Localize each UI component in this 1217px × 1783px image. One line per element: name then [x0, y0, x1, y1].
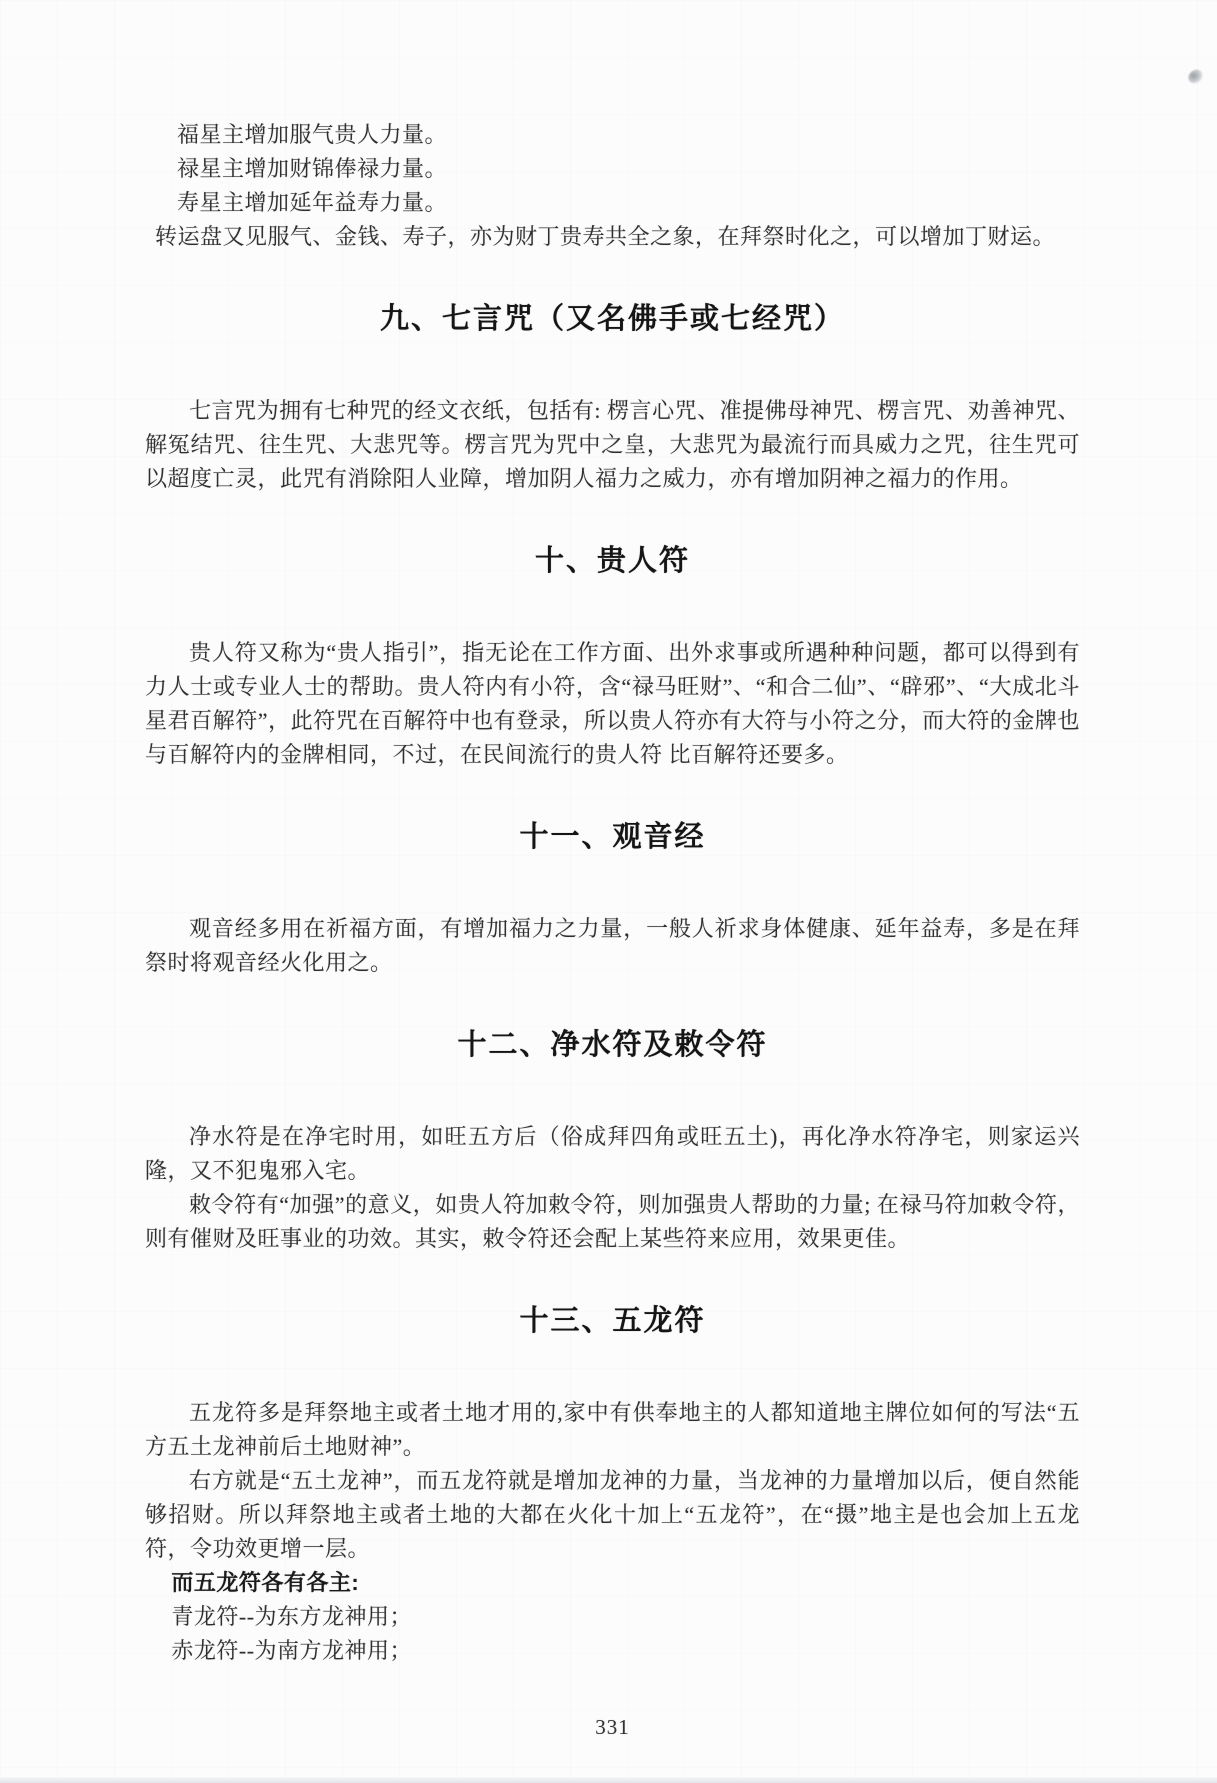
- section-nine-paragraph: 七言咒为拥有七种咒的经文衣纸，包括有: 楞言心咒、准提佛母神咒、楞言咒、劝善神咒…: [145, 394, 1080, 496]
- section-thirteen-paragraph-2: 右方就是“五土龙神”，而五龙符就是增加龙神的力量，当龙神的力量增加以后，便自然能…: [145, 1464, 1080, 1566]
- section-thirteen-paragraph-1: 五龙符多是拜祭地主或者土地才用的,家中有供奉地主的人都知道地主牌位如何的写法“五…: [145, 1396, 1080, 1464]
- section-heading-thirteen: 十三、五龙符: [145, 1302, 1080, 1340]
- section-ten-paragraph: 贵人符又称为“贵人指引”，指无论在工作方面、出外求事或所遇种种问题，都可以得到有…: [145, 636, 1080, 772]
- section-eleven-paragraph: 观音经多用在祈福方面，有增加福力之力量，一般人祈求身体健康、延年益寿，多是在拜祭…: [145, 912, 1080, 980]
- section-heading-nine: 九、七言咒（又名佛手或七经咒）: [145, 300, 1080, 338]
- section-heading-eleven: 十一、观音经: [145, 818, 1080, 856]
- intro-star-line-fu: 福星主增加服气贵人力量。: [145, 118, 1080, 152]
- section-heading-twelve: 十二、净水符及敕令符: [145, 1026, 1080, 1064]
- scanned-document-page: 福星主增加服气贵人力量。 禄星主增加财锦俸禄力量。 寿星主增加延年益寿力量。 转…: [0, 0, 1217, 1783]
- dragon-list-item-green: 青龙符--为东方龙神用；: [145, 1600, 1080, 1634]
- section-twelve-paragraph-1: 净水符是在净宅时用，如旺五方后（俗成拜四角或旺五土)，再化净水符净宅，则家运兴隆…: [145, 1120, 1080, 1188]
- page-content: 福星主增加服气贵人力量。 禄星主增加财锦俸禄力量。 寿星主增加延年益寿力量。 转…: [0, 0, 1217, 1744]
- section-twelve-paragraph-2: 敕令符有“加强”的意义，如贵人符加敕令符，则加强贵人帮助的力量; 在禄马符加敕令…: [145, 1188, 1080, 1256]
- intro-star-line-lu: 禄星主增加财锦俸禄力量。: [145, 152, 1080, 186]
- section-heading-ten: 十、贵人符: [145, 542, 1080, 580]
- bottom-edge-strip: [0, 1777, 1217, 1783]
- dragon-list-item-red: 赤龙符--为南方龙神用；: [145, 1634, 1080, 1668]
- intro-closing-line: 转运盘又见服气、金钱、寿子，亦为财丁贵寿共全之象，在拜祭时化之，可以增加丁财运。: [145, 220, 1080, 254]
- five-dragon-masters-title: 而五龙符各有各主:: [145, 1566, 1080, 1600]
- page-number: 331: [145, 1710, 1080, 1744]
- intro-star-line-shou: 寿星主增加延年益寿力量。: [145, 186, 1080, 220]
